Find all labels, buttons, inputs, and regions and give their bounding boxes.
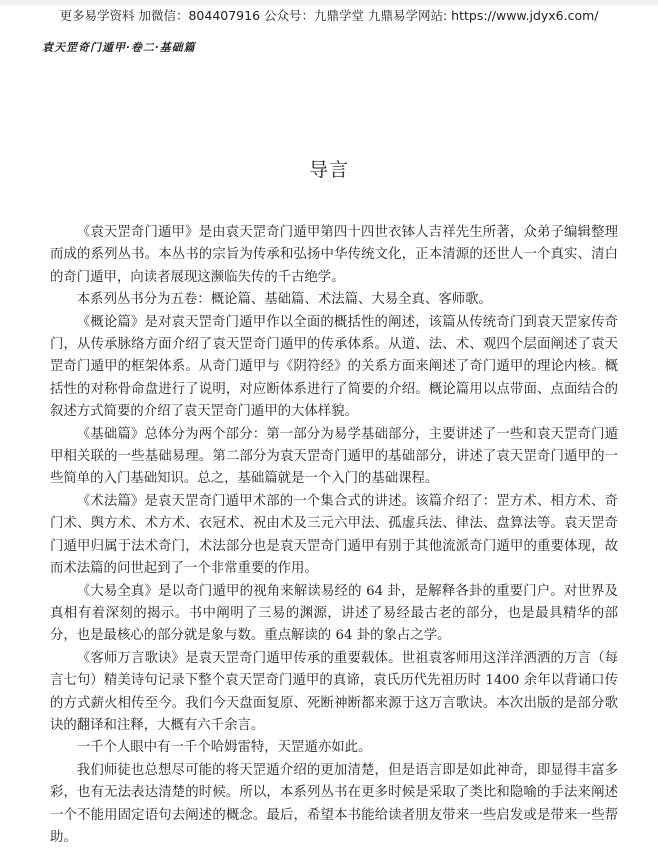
paragraph-hamlet: 一千个人眼中有一千个哈姆雷特，天罡遁亦如此。 [50,737,618,759]
top-edge [0,0,658,5]
paragraph-basics: 《基础篇》总体分为两个部分：第一部分为易学基础部分，主要讲述了一些和袁天罡奇门遁… [50,424,618,491]
paragraph-techniques: 《术法篇》是袁天罡奇门遁甲术部的一个集合式的讲述。该篇介绍了：罡方术、相方术、奇… [50,491,618,581]
running-header: 袁天罡奇门遁甲·卷二·基础篇 [42,39,196,55]
paragraph-overview: 《概论篇》是对袁天罡奇门遁甲作以全面的概括性的阐述，该篇从传统奇门到袁天罡家传奇… [50,312,618,424]
page-title: 导言 [0,155,658,182]
paragraph-keshi-gejue: 《客师万言歌诀》是袁天罡奇门遁甲传承的重要载体。世祖袁客师用这洋洋洒洒的万言（每… [50,648,618,738]
paragraph-volumes: 本系列丛书分为五卷：概论篇、基础篇、术法篇、大易全真、客师歌。 [50,289,618,311]
body-text: 《袁天罡奇门遁甲》是由袁天罡奇门遁甲第四十四世衣钵人吉祥先生所著，众弟子编辑整理… [50,222,618,849]
watermark-banner: 更多易学资料 加微信：804407916 公众号：九鼎学堂 九鼎易学网站: ht… [0,6,658,24]
paragraph-intro: 《袁天罡奇门遁甲》是由袁天罡奇门遁甲第四十四世衣钵人吉祥先生所著，众弟子编辑整理… [50,222,618,289]
paragraph-dayi-quanzhen: 《大易全真》是以奇门遁甲的视角来解读易经的 64 卦，是解释各卦的重要门户。对世… [50,581,618,648]
paragraph-closing: 我们师徒也总想尽可能的将天罡遁介绍的更加清楚，但是语言即是如此神奇，即显得丰富多… [50,760,618,850]
